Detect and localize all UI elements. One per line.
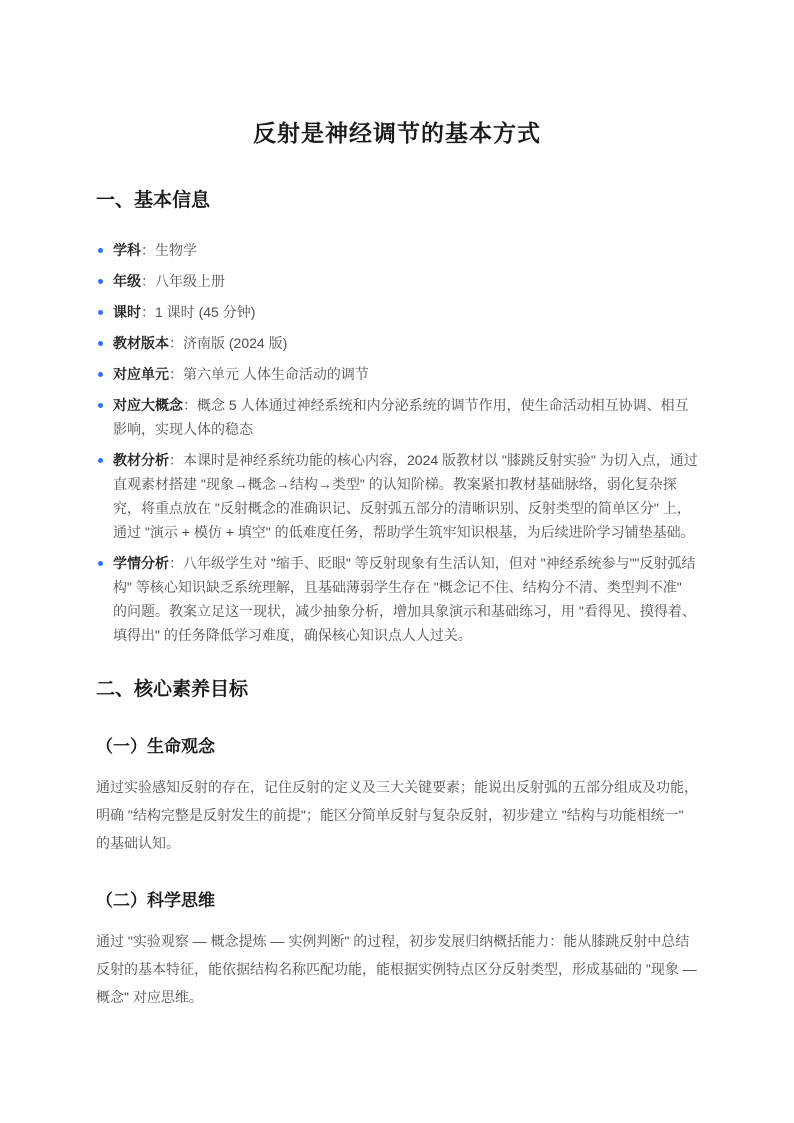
info-item-value: 济南版 (2024 版) xyxy=(183,335,287,351)
paragraph-life-concept: 通过实验感知反射的存在，记住反射的定义及三大关键要素；能说出反射弧的五部分组成及… xyxy=(96,773,698,857)
bullet-icon xyxy=(98,310,103,315)
bullet-icon xyxy=(98,372,103,377)
bullet-icon xyxy=(98,341,103,346)
info-item-label: 年级 xyxy=(113,273,141,289)
info-item-value: 本课时是神经系统功能的核心内容，2024 版教材以 "膝跳反射实验" 为切入点，… xyxy=(113,452,698,540)
info-item-label: 教材分析 xyxy=(113,452,169,468)
list-item: 课时：1 课时 (45 分钟) xyxy=(96,300,698,324)
section-heading-core-competency-goals: 二、核心素养目标 xyxy=(96,677,698,703)
info-item-value: 1 课时 (45 分钟) xyxy=(155,304,255,320)
info-item-colon: ： xyxy=(169,452,183,468)
bullet-icon xyxy=(98,279,103,284)
info-item-colon: ： xyxy=(141,273,155,289)
info-item-colon: ： xyxy=(183,397,197,413)
info-item-value: 八年级上册 xyxy=(155,273,225,289)
info-item-label: 对应单元 xyxy=(113,366,169,382)
info-item-label: 教材版本 xyxy=(113,335,169,351)
list-item: 教材分析：本课时是神经系统功能的核心内容，2024 版教材以 "膝跳反射实验" … xyxy=(96,448,698,544)
info-item-colon: ： xyxy=(169,555,183,571)
bullet-icon xyxy=(98,458,103,463)
basic-info-list: 学科：生物学 年级：八年级上册 课时：1 课时 (45 分钟) 教材版本：济南版… xyxy=(96,238,698,647)
bullet-icon xyxy=(98,561,103,566)
info-item-label: 课时 xyxy=(113,304,141,320)
bullet-icon xyxy=(98,403,103,408)
list-item: 教材版本：济南版 (2024 版) xyxy=(96,331,698,355)
info-item-label: 学科 xyxy=(113,242,141,258)
info-item-colon: ： xyxy=(141,304,155,320)
info-item-value: 第六单元 人体生命活动的调节 xyxy=(183,366,369,382)
list-item: 对应大概念：概念 5 人体通过神经系统和内分泌系统的调节作用，使生命活动相互协调… xyxy=(96,393,698,441)
list-item: 学科：生物学 xyxy=(96,238,698,262)
page-title: 反射是神经调节的基本方式 xyxy=(96,118,698,148)
list-item: 学情分析：八年级学生对 "缩手、眨眼" 等反射现象有生活认知，但对 "神经系统参… xyxy=(96,551,698,647)
info-item-label: 对应大概念 xyxy=(113,397,183,413)
list-item: 对应单元：第六单元 人体生命活动的调节 xyxy=(96,362,698,386)
info-item-colon: ： xyxy=(141,242,155,258)
info-item-colon: ： xyxy=(169,335,183,351)
info-item-label: 学情分析 xyxy=(113,555,169,571)
document-page: 反射是神经调节的基本方式 一、基本信息 学科：生物学 年级：八年级上册 课时：1… xyxy=(0,0,794,1123)
paragraph-scientific-thinking: 通过 "实验观察 — 概念提炼 — 实例判断" 的过程，初步发展归纳概括能力：能… xyxy=(96,927,698,1011)
info-item-value: 生物学 xyxy=(155,242,197,258)
subsection-heading-scientific-thinking: （二）科学思维 xyxy=(96,889,698,913)
list-item: 年级：八年级上册 xyxy=(96,269,698,293)
subsection-heading-life-concept: （一）生命观念 xyxy=(96,735,698,759)
info-item-value: 八年级学生对 "缩手、眨眼" 等反射现象有生活认知，但对 "神经系统参与""反射… xyxy=(113,555,696,643)
info-item-value: 概念 5 人体通过神经系统和内分泌系统的调节作用，使生命活动相互协调、相互影响，… xyxy=(113,397,689,437)
section-heading-basic-info: 一、基本信息 xyxy=(96,188,698,214)
info-item-colon: ： xyxy=(169,366,183,382)
bullet-icon xyxy=(98,248,103,253)
